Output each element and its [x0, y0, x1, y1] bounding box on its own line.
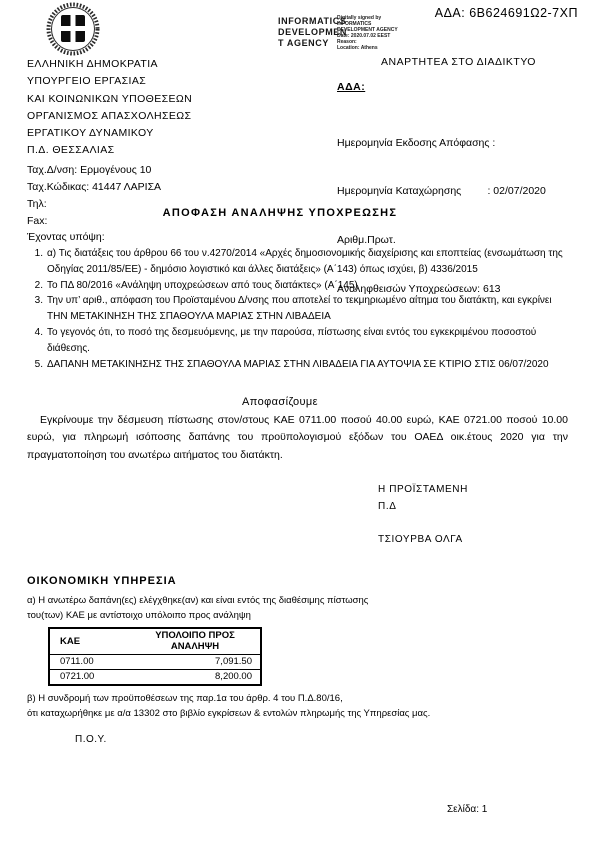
table-cell-balance: 7,091.50	[130, 655, 261, 670]
having-regard-section: Έχοντας υπόψη: 1. α) Τις διατάξεις του ά…	[27, 231, 572, 372]
list-item-number: 4.	[27, 325, 47, 357]
signatory-name: ΤΣΙΟΥΡΒΑ ΟΛΓΑ	[378, 531, 468, 548]
list-item: 5. ΔΑΠΑΝΗ ΜΕΤΑΚΙΝΗΣΗΣ ΤΗΣ ΣΠΑΘΟΥΛΑ ΜΑΡΙΑ…	[27, 357, 572, 373]
list-item: 1. α) Τις διατάξεις του άρθρου 66 του ν.…	[27, 246, 572, 278]
ministry-line: ΥΠΟΥΡΓΕΙΟ ΕΡΓΑΣΙΑΣ	[27, 73, 192, 90]
signatory-role: Η ΠΡΟΪΣΤΑΜΕΝΗ	[378, 481, 468, 498]
contact-line: Ταχ.Κώδικας: 41447 ΛΑΡΙΣΑ	[27, 179, 161, 196]
list-item-number: 2.	[27, 278, 47, 294]
table-row: 0711.00 7,091.50	[49, 655, 261, 670]
ada-label: ΑΔΑ:	[337, 81, 546, 93]
list-item: 3. Την υπ’ αριθ., απόφαση του Προϊσταμέν…	[27, 293, 572, 325]
ministry-line: Π.Δ. ΘΕΣΣΑΛΙΑΣ	[27, 142, 192, 159]
list-item-text: Το γεγονός ότι, το ποσό της δεσμευόμενης…	[47, 325, 572, 357]
ada-code-top: ΑΔΑ: 6Β624691Ω2-7ΧΠ	[435, 6, 578, 20]
financial-service-title: ΟΙΚΟΝΟΜΙΚΗ ΥΠΗΡΕΣΙΑ	[27, 575, 430, 587]
table-header-row: ΚΑΕ ΥΠΟΛΟΙΠΟ ΠΡΟΣ ΑΝΑΛΗΨΗ	[49, 628, 261, 655]
table-cell-kae: 0711.00	[49, 655, 130, 670]
document-title: ΑΠΟΦΑΣΗ ΑΝΑΛΗΨΗΣ ΥΠΟΧΡΕΩΣΗΣ	[0, 207, 560, 219]
table-row: 0721.00 8,200.00	[49, 670, 261, 686]
list-item-number: 1.	[27, 246, 47, 278]
list-item: 2. Το ΠΔ 80/2016 «Ανάληψη υποχρεώσεων απ…	[27, 278, 572, 294]
contact-line: Ταχ.Δ/νση: Ερμογένους 10	[27, 162, 161, 179]
list-item-text: Το ΠΔ 80/2016 «Ανάληψη υποχρεώσεων από τ…	[47, 278, 572, 294]
kae-balance-table: ΚΑΕ ΥΠΟΛΟΙΠΟ ΠΡΟΣ ΑΝΑΛΗΨΗ 0711.00 7,091.…	[48, 627, 262, 686]
issue-date-line: Ημερομηνία Εκδοσης Απόφασης :	[337, 135, 546, 151]
financial-note-b-line: β) Η συνδρομή των προϋποθέσεων της παρ.1…	[27, 692, 430, 707]
list-item: 4. Το γεγονός ότι, το ποσό της δεσμευόμε…	[27, 325, 572, 357]
ministry-line: ΚΑΙ ΚΟΙΝΩΝΙΚΩΝ ΥΠΟΘΕΣΕΩΝ	[27, 91, 192, 108]
poy-label: Π.Ο.Υ.	[75, 734, 430, 745]
table-cell-balance: 8,200.00	[130, 670, 261, 686]
digital-signature-details: Digitally signed by INFORMATICS DEVELOPM…	[337, 15, 432, 51]
decision-heading: Αποφασίζουμε	[0, 396, 560, 408]
ministry-block: ΕΛΛΗΝΙΚΗ ΔΗΜΟΚΡΑΤΙΑ ΥΠΟΥΡΓΕΙΟ ΕΡΓΑΣΙΑΣ Κ…	[27, 56, 192, 160]
anartitea-label: ΑΝΑΡΤΗΤΕΑ ΣΤΟ ΔΙΑΔΙΚΤΥΟ	[381, 56, 546, 68]
table-header-kae: ΚΑΕ	[49, 628, 130, 655]
register-date-line: Ημερομηνία Καταχώρησης : 02/07/2020	[337, 183, 546, 199]
financial-service-section: ΟΙΚΟΝΟΜΙΚΗ ΥΠΗΡΕΣΙΑ α) Η ανωτέρω δαπάνη(…	[27, 575, 430, 745]
list-item-text: α) Τις διατάξεις του άρθρου 66 του ν.427…	[47, 246, 572, 278]
having-regard-intro: Έχοντας υπόψη:	[27, 231, 572, 243]
ministry-line: ΕΡΓΑΤΙΚΟΥ ΔΥΝΑΜΙΚΟΥ	[27, 125, 192, 142]
ministry-line: ΕΛΛΗΝΙΚΗ ΔΗΜΟΚΡΑΤΙΑ	[27, 56, 192, 73]
signatory-dept: Π.Δ	[378, 498, 468, 515]
table-cell-kae: 0721.00	[49, 670, 130, 686]
document-page: INFORMATICS DEVELOPMEN T AGENCY Digitall…	[0, 0, 595, 842]
page-number: Σελίδα: 1	[447, 804, 487, 815]
list-item-number: 3.	[27, 293, 47, 325]
list-item-number: 5.	[27, 357, 47, 373]
financial-note-b-line: ότι καταχωρήθηκε με α/α 13302 στο βιβλίο…	[27, 707, 430, 722]
table-header-balance: ΥΠΟΛΟΙΠΟ ΠΡΟΣ ΑΝΑΛΗΨΗ	[130, 628, 261, 655]
greek-coat-of-arms-icon	[42, 2, 104, 62]
financial-note-a: α) Η ανωτέρω δαπάνη(ες) ελέγχθηκε(αν) κα…	[27, 593, 379, 623]
list-item-text: ΔΑΠΑΝΗ ΜΕΤΑΚΙΝΗΣΗΣ ΤΗΣ ΣΠΑΘΟΥΛΑ ΜΑΡΙΑΣ Σ…	[47, 357, 572, 373]
decision-body: Εγκρίνουμε την δέσμευση πίστωσης στον/στ…	[27, 412, 568, 464]
stamp-detail-line: Location: Athens	[337, 45, 432, 51]
contact-block: Ταχ.Δ/νση: Ερμογένους 10 Ταχ.Κώδικας: 41…	[27, 162, 161, 230]
signatory-block: Η ΠΡΟΪΣΤΑΜΕΝΗ Π.Δ ΤΣΙΟΥΡΒΑ ΟΛΓΑ	[378, 481, 468, 548]
ministry-line: ΟΡΓΑΝΙΣΜΟΣ ΑΠΑΣΧΟΛΗΣΕΩΣ	[27, 108, 192, 125]
financial-note-b: β) Η συνδρομή των προϋποθέσεων της παρ.1…	[27, 692, 430, 721]
list-item-text: Την υπ’ αριθ., απόφαση του Προϊσταμένου …	[47, 293, 572, 325]
